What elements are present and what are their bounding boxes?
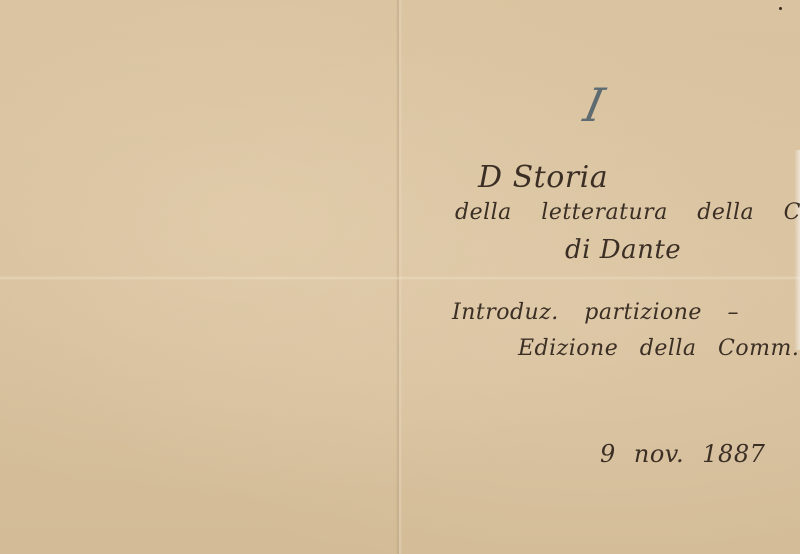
title-line-1: D Storia — [478, 160, 608, 195]
subtitle-line-2: Edizione della Comm. — [518, 336, 799, 361]
horizontal-crease — [0, 276, 800, 280]
title-line-2: della letteratura della Commedia — [455, 200, 800, 225]
subtitle-line-1: Introduz. partizione – — [452, 300, 739, 325]
title-line-3: di Dante — [565, 235, 681, 265]
date: 9 nov. 1887 — [600, 440, 765, 468]
right-edge-wear — [794, 150, 800, 350]
ink-speck — [779, 7, 782, 10]
scanned-document: I D Storia della letteratura della Comme… — [0, 0, 800, 554]
